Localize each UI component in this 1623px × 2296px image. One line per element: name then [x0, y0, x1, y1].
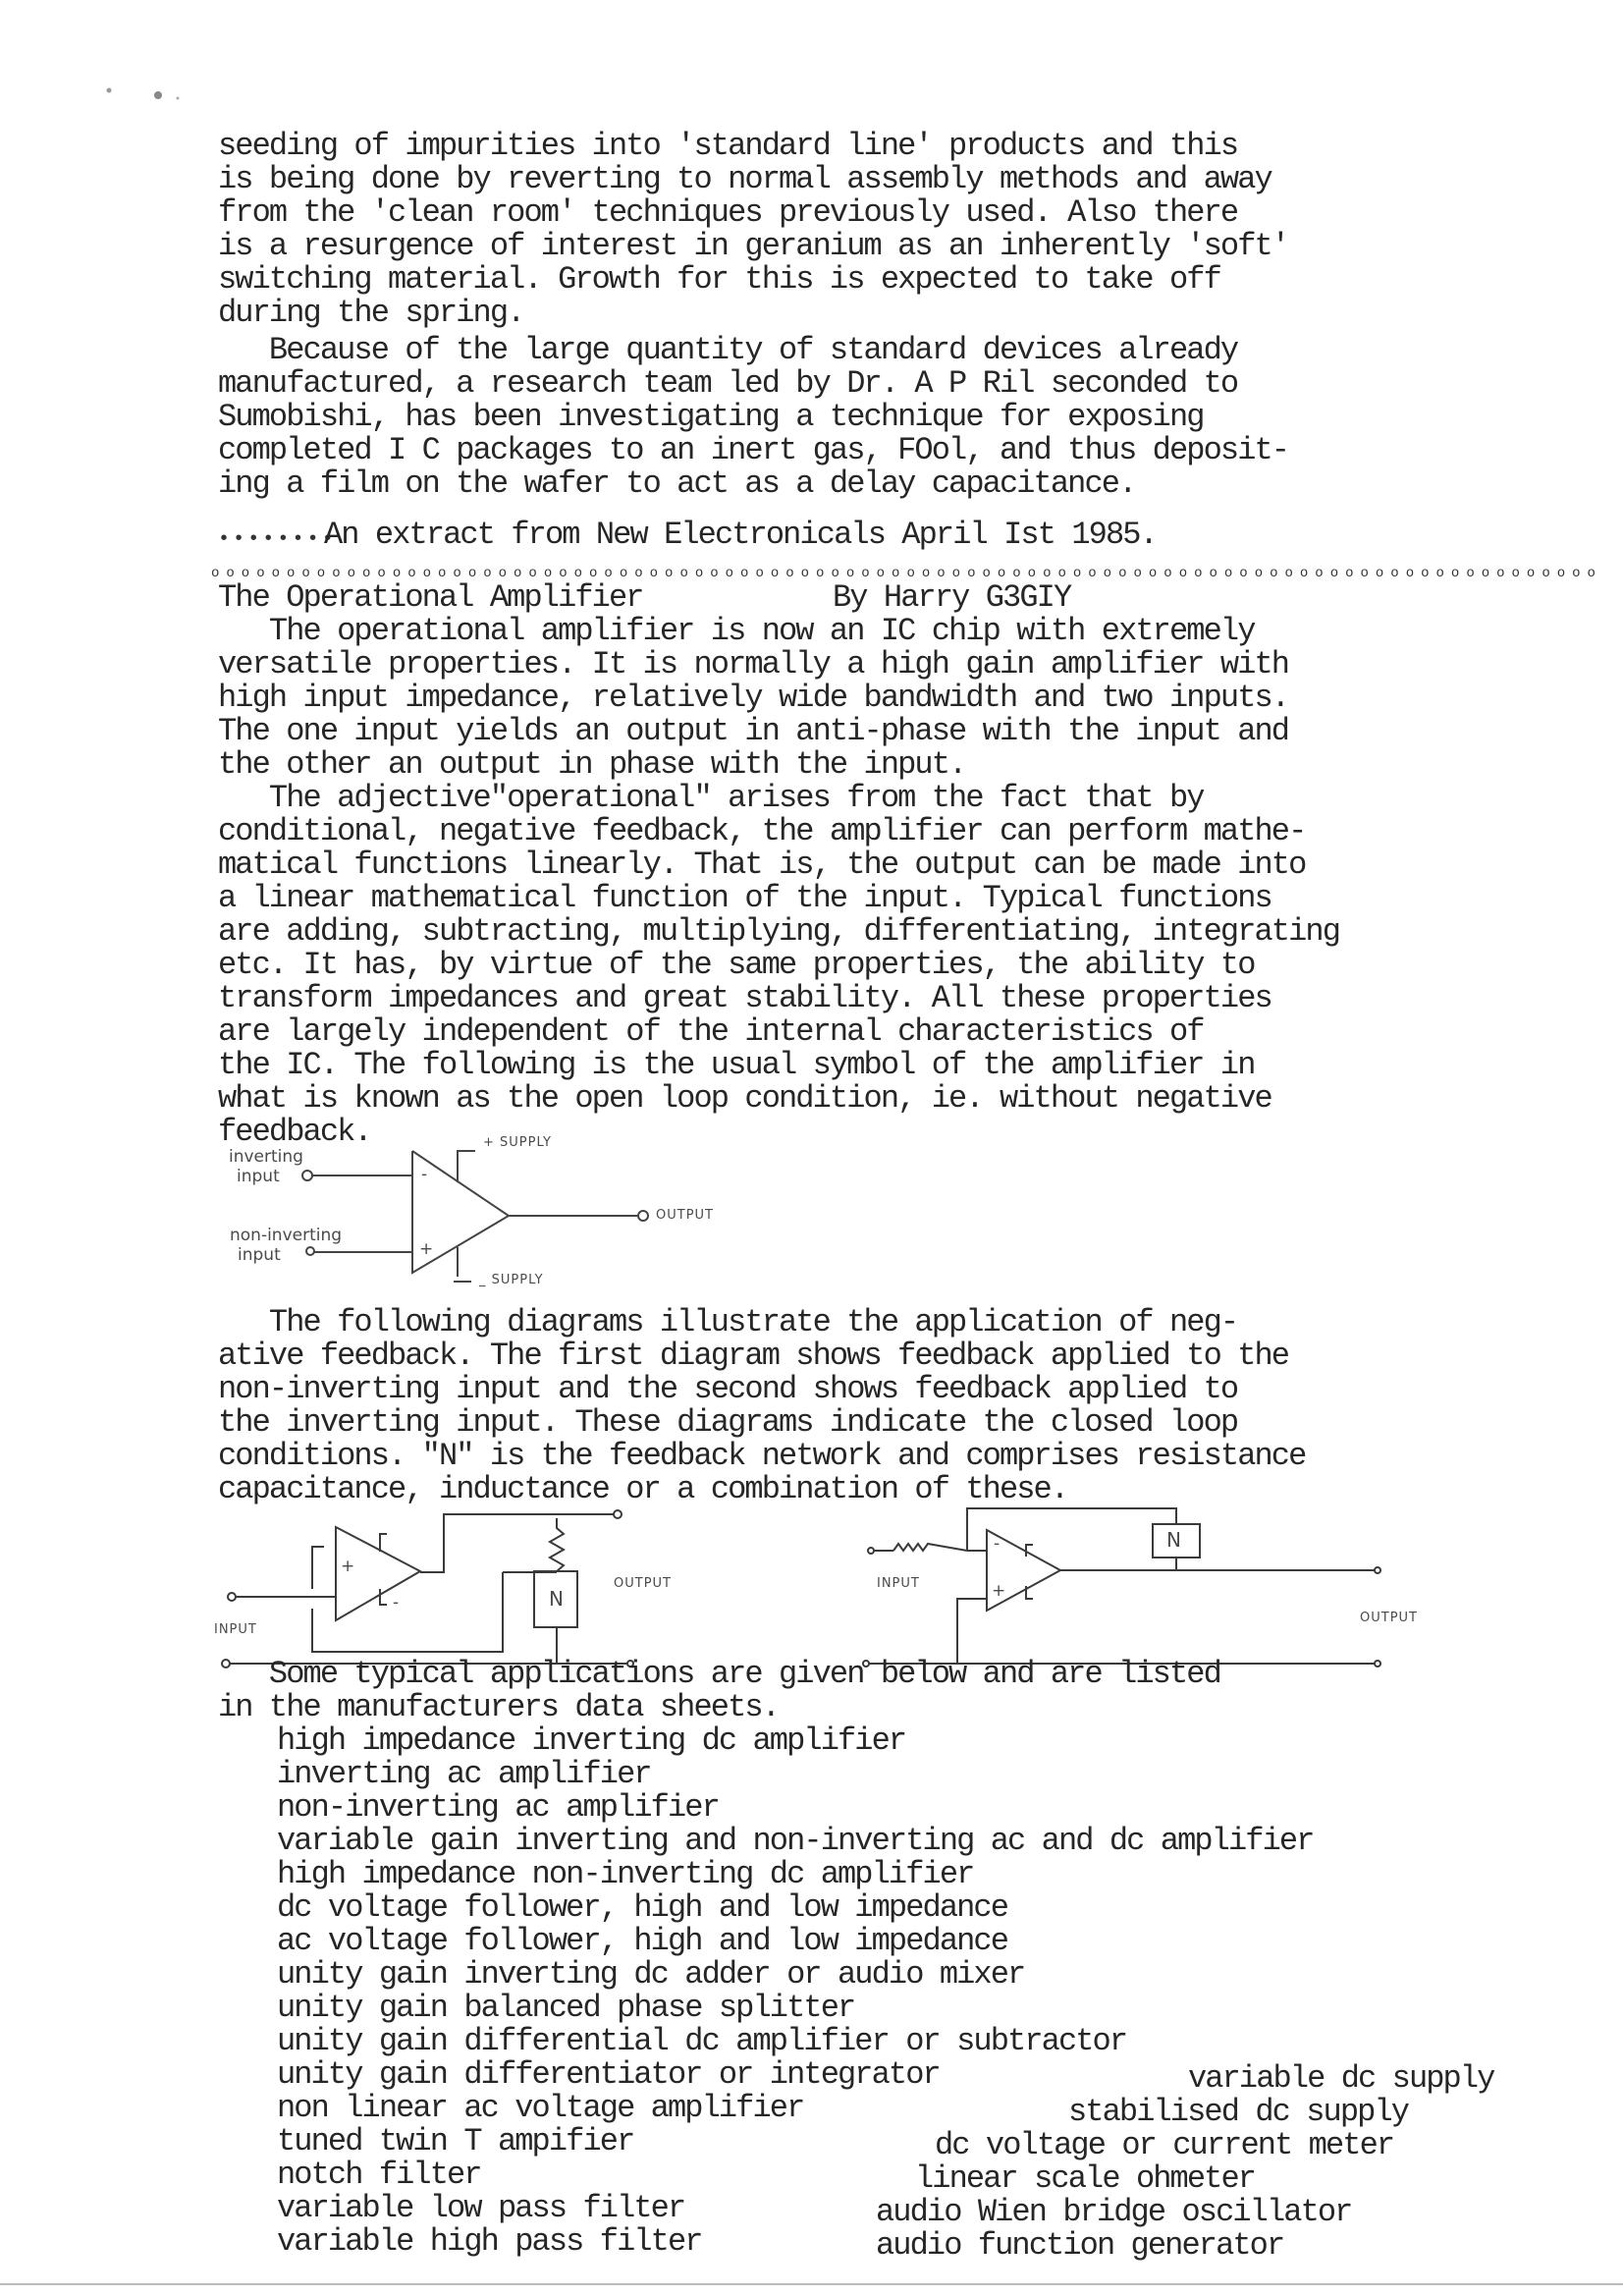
application-item: inverting ac amplifier: [277, 1758, 651, 1791]
application-item: stabilised dc supply: [1068, 2096, 1408, 2129]
minus-sign: -: [393, 1593, 399, 1613]
application-item: high impedance inverting dc amplifier: [277, 1724, 905, 1758]
plus-sign: +: [341, 1557, 354, 1576]
application-item: non linear ac voltage amplifier: [277, 2092, 803, 2125]
application-item: unity gain differential dc amplifier or …: [277, 2025, 1126, 2058]
application-item: tuned twin T ampifier: [277, 2125, 633, 2159]
application-item: notch filter: [277, 2159, 481, 2192]
application-item: unity gain balanced phase splitter: [277, 1992, 854, 2025]
input-label: INPUT: [877, 1576, 920, 1591]
application-item: audio function generator: [876, 2229, 1283, 2263]
application-item: dc voltage or current meter: [935, 2129, 1393, 2162]
application-item: variable gain inverting and non-invertin…: [277, 1825, 1314, 1858]
application-item: high impedance non-inverting dc amplifie…: [277, 1858, 973, 1891]
text-line: in the manufacturers data sheets.: [218, 1691, 779, 1724]
application-item: non-inverting ac amplifier: [277, 1791, 719, 1825]
output-label: OUTPUT: [1360, 1611, 1418, 1625]
input-label: INPUT: [214, 1622, 257, 1637]
network-n-label: N: [549, 1587, 564, 1611]
application-item: linear scale ohmeter: [915, 2162, 1255, 2196]
minus-sign: -: [994, 1534, 1000, 1554]
application-item: audio Wien bridge oscillator: [876, 2196, 1352, 2229]
application-item: variable low pass filter: [277, 2192, 684, 2225]
page-bottom-edge: [0, 2283, 1623, 2285]
text-line: Some typical applications are given belo…: [218, 1658, 1220, 1691]
application-item: unity gain differentiator or integrator: [277, 2058, 940, 2092]
application-item: unity gain inverting dc adder or audio m…: [277, 1958, 1024, 1992]
application-item: variable dc supply: [1188, 2062, 1493, 2096]
network-n-label: N: [1166, 1528, 1181, 1552]
application-item: ac voltage follower, high and low impeda…: [277, 1925, 1007, 1958]
scanned-page: seeding of impurities into 'standard lin…: [0, 0, 1623, 2296]
output-label: OUTPUT: [614, 1576, 672, 1591]
plus-sign: +: [992, 1581, 1005, 1601]
application-item: variable high pass filter: [277, 2225, 702, 2259]
application-item: dc voltage follower, high and low impeda…: [277, 1891, 1007, 1925]
